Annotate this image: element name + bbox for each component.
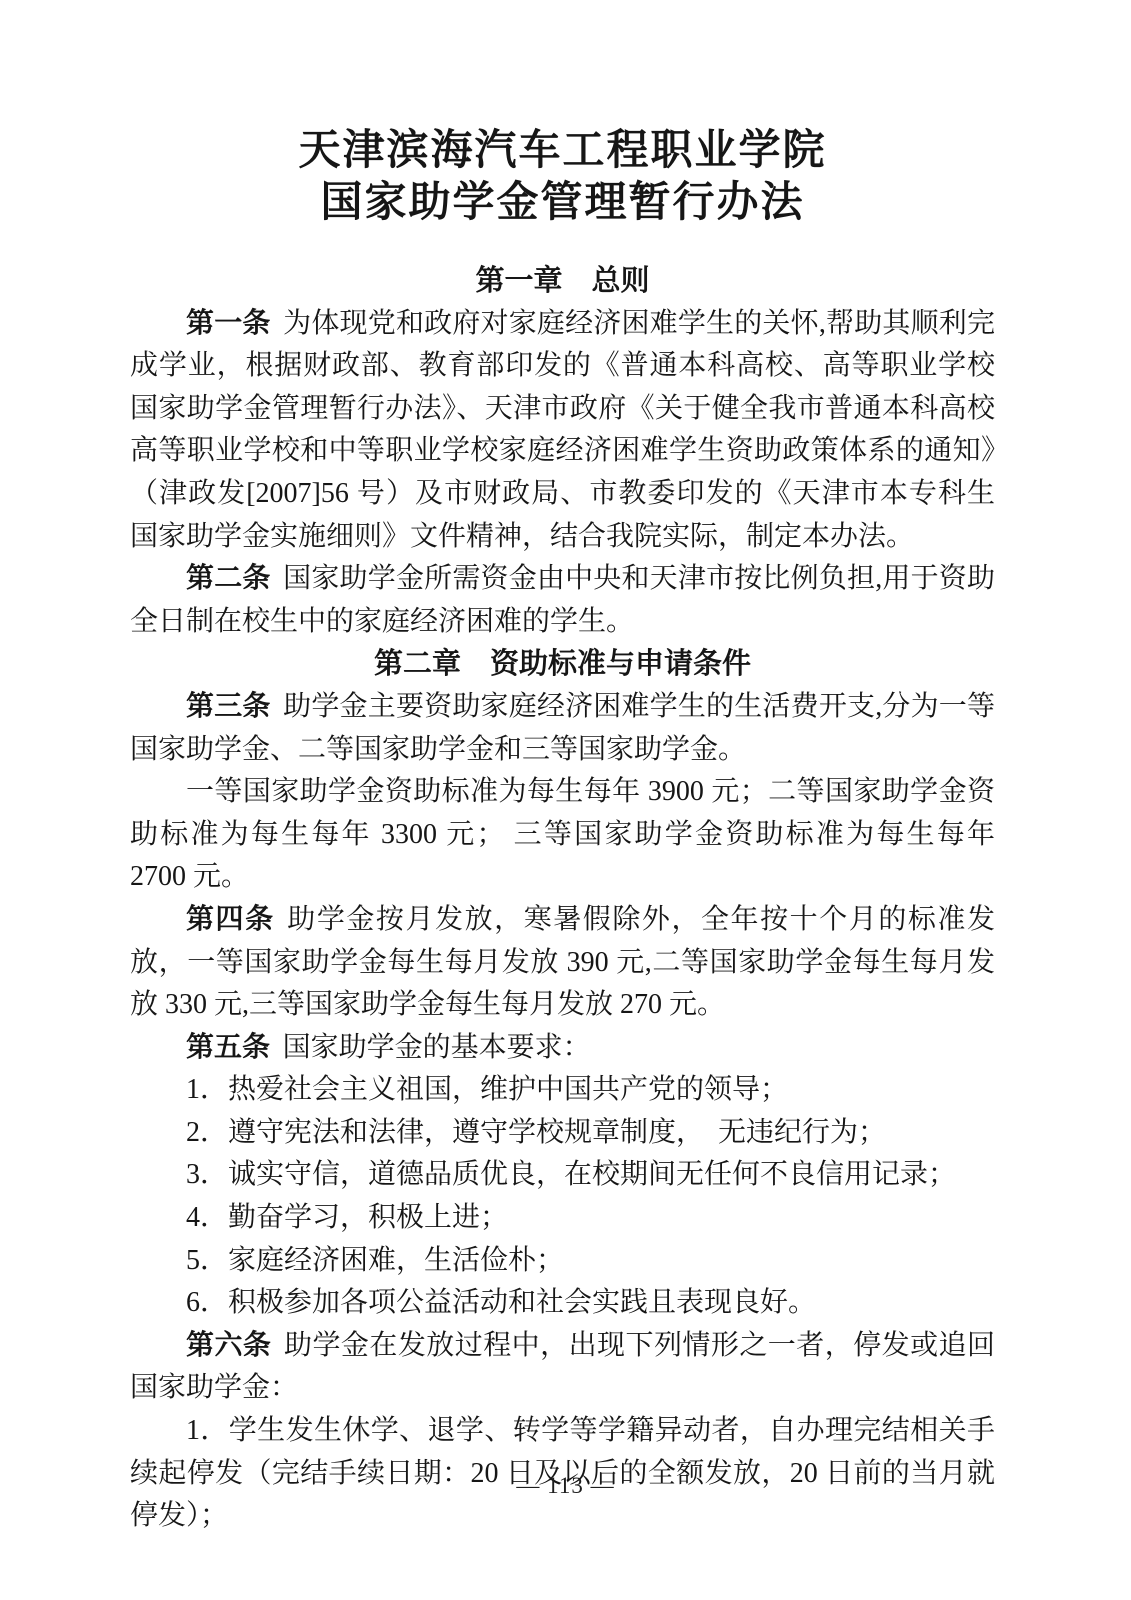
- document-title-line-1: 天津滨海汽车工程职业学院: [130, 125, 995, 177]
- article-text-5: 国家助学金的基本要求：: [283, 1032, 591, 1063]
- article-paragraph-3: 第三条助学金主要资助家庭经济困难学生的生活费开支,分为一等国家助学金、二等国家助…: [130, 686, 995, 771]
- article-paragraph-4: 第四条助学金按月发放，寒暑假除外，全年按十个月的标准发放，一等国家助学金每生每月…: [130, 899, 995, 1027]
- document-title: 天津滨海汽车工程职业学院 国家助学金管理暂行办法: [130, 125, 995, 229]
- article-label-6: 第六条: [186, 1330, 271, 1361]
- list-item-4: 4．勤奋学习，积极上进；: [130, 1197, 995, 1240]
- article-paragraph-6: 第六条助学金在发放过程中，出现下列情形之一者，停发或追回国家助学金：: [130, 1325, 995, 1410]
- body-paragraph-standards: 一等国家助学金资助标准为每生每年 3900 元；二等国家助学金资助标准为每生每年…: [130, 771, 995, 899]
- document-title-line-2: 国家助学金管理暂行办法: [130, 177, 995, 229]
- article-paragraph-5: 第五条国家助学金的基本要求：: [130, 1027, 995, 1070]
- chapter-heading-2: 第二章 资助标准与申请条件: [130, 643, 995, 686]
- list-item-6: 6．积极参加各项公益活动和社会实践且表现良好。: [130, 1282, 995, 1325]
- document-page: 天津滨海汽车工程职业学院 国家助学金管理暂行办法 第一章 总则 第一条为体现党和…: [0, 0, 1131, 1600]
- list-item-2: 2．遵守宪法和法律，遵守学校规章制度， 无违纪行为；: [130, 1112, 995, 1155]
- article-paragraph-2: 第二条国家助学金所需资金由中央和天津市按比例负担,用于资助全日制在校生中的家庭经…: [130, 558, 995, 643]
- article-label-3: 第三条: [186, 691, 271, 722]
- article-label-2: 第二条: [186, 563, 271, 594]
- article-label-4: 第四条: [186, 904, 275, 935]
- article-label-5: 第五条: [186, 1032, 270, 1063]
- list-item-5: 5．家庭经济困难，生活俭朴；: [130, 1240, 995, 1283]
- list-item-3: 3．诚实守信，道德品质优良，在校期间无任何不良信用记录；: [130, 1154, 995, 1197]
- article-text-1: 为体现党和政府对家庭经济困难学生的关怀,帮助其顺利完成学业，根据财政部、教育部印…: [130, 308, 995, 552]
- page-number: — 113 —: [0, 1472, 1131, 1500]
- chapter-heading-1: 第一章 总则: [130, 260, 995, 303]
- article-label-1: 第一条: [186, 308, 271, 339]
- list-item-1: 1．热爱社会主义祖国，维护中国共产党的领导；: [130, 1069, 995, 1112]
- article-paragraph-1: 第一条为体现党和政府对家庭经济困难学生的关怀,帮助其顺利完成学业，根据财政部、教…: [130, 303, 995, 559]
